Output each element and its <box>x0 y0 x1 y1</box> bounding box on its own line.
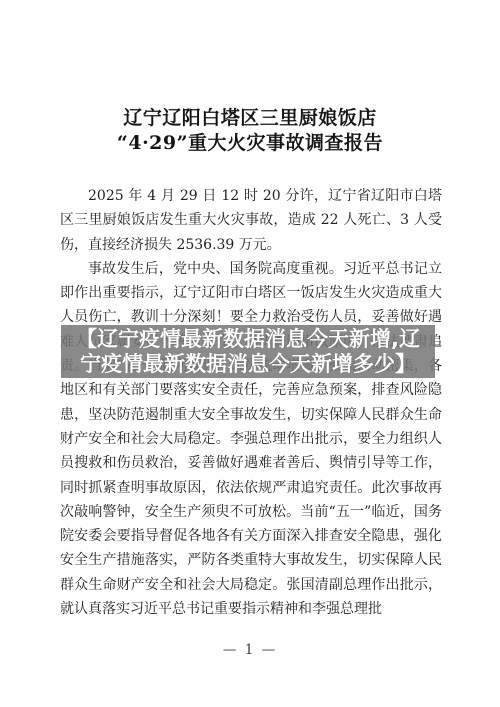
report-title-line1: 辽宁辽阳白塔区三里厨娘饭店 <box>0 106 500 131</box>
overlay-ad-banner[interactable]: 【辽宁疫情最新数据消息今天新增,辽 宁疫情最新数据消息今天新增多少】 <box>61 325 435 378</box>
document-page: 辽宁辽阳白塔区三里厨娘饭店 “4·29”重大火灾事故调查报告 2025 年 4 … <box>0 0 500 707</box>
report-title: 辽宁辽阳白塔区三里厨娘饭店 “4·29”重大火灾事故调查报告 <box>0 106 500 156</box>
paragraph-leadership-instructions: 事故发生后，党中央、国务院高度重视。习近平总书记立即作出重要指示，辽宁辽阳市白塔… <box>60 257 442 621</box>
overlay-ad-text-line2: 宁疫情最新数据消息今天新增多少】 <box>80 352 416 377</box>
report-body: 2025 年 4 月 29 日 12 时 20 分许，辽宁省辽阳市白塔区三里厨娘… <box>60 184 442 621</box>
overlay-ad-text-line1: 【辽宁疫情最新数据消息今天新增,辽 <box>76 327 420 352</box>
report-title-line2: “4·29”重大火灾事故调查报告 <box>0 131 500 156</box>
page-number: — 1 — <box>0 640 500 660</box>
paragraph-incident-summary: 2025 年 4 月 29 日 12 时 20 分许，辽宁省辽阳市白塔区三里厨娘… <box>60 184 442 257</box>
